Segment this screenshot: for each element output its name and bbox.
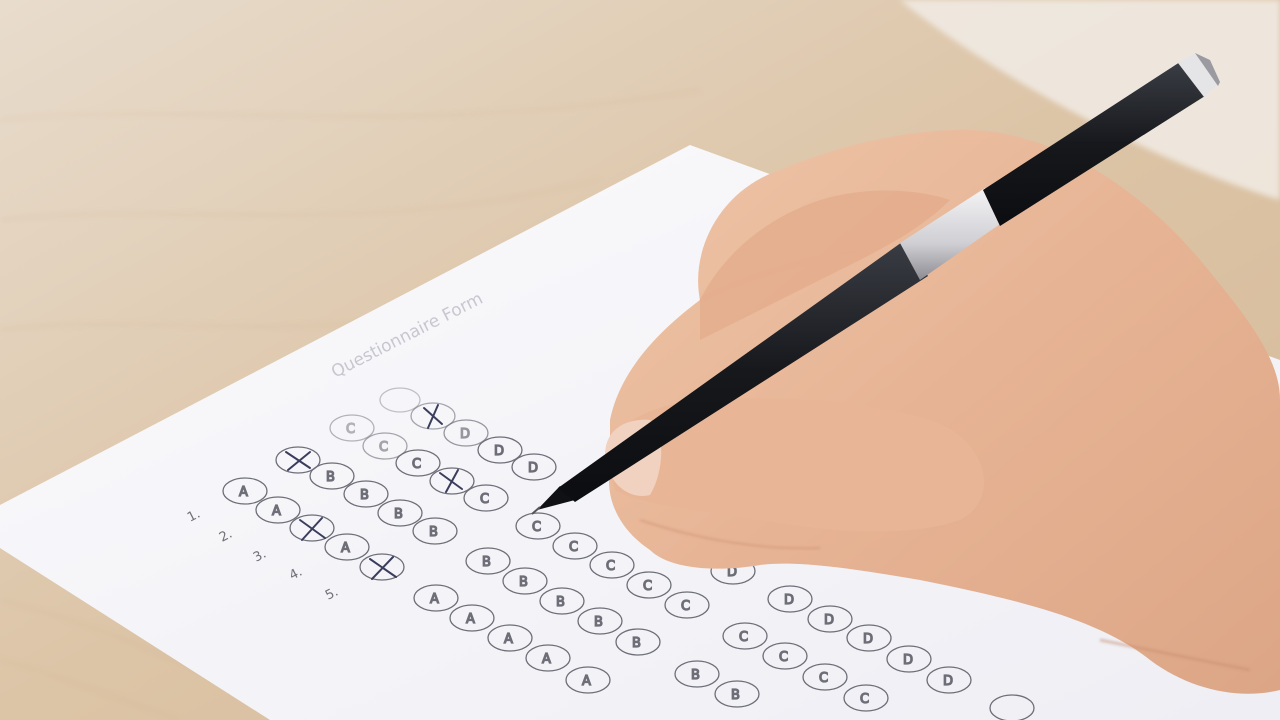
svg-text:D: D xyxy=(903,653,913,668)
svg-text:A: A xyxy=(582,674,591,689)
svg-text:B: B xyxy=(594,615,603,630)
svg-text:C: C xyxy=(346,422,355,437)
svg-text:C: C xyxy=(681,599,690,614)
svg-text:D: D xyxy=(784,593,794,608)
svg-text:C: C xyxy=(606,559,615,574)
svg-text:B: B xyxy=(556,595,565,610)
svg-text:A: A xyxy=(542,652,551,667)
svg-text:C: C xyxy=(779,650,788,665)
svg-text:A: A xyxy=(272,504,281,519)
svg-text:C: C xyxy=(643,579,652,594)
svg-text:C: C xyxy=(412,457,421,472)
svg-text:C: C xyxy=(532,520,541,535)
svg-text:B: B xyxy=(731,688,740,703)
svg-text:A: A xyxy=(239,485,248,500)
svg-text:B: B xyxy=(482,555,491,570)
svg-text:B: B xyxy=(691,668,700,683)
svg-text:D: D xyxy=(943,674,953,689)
svg-text:C: C xyxy=(569,540,578,555)
svg-text:A: A xyxy=(341,541,350,556)
svg-text:D: D xyxy=(494,444,504,459)
svg-text:C: C xyxy=(379,440,388,455)
svg-text:D: D xyxy=(460,427,470,442)
svg-text:D: D xyxy=(863,632,873,647)
svg-text:B: B xyxy=(519,575,528,590)
svg-text:A: A xyxy=(466,612,475,627)
svg-text:B: B xyxy=(394,507,403,522)
svg-text:A: A xyxy=(430,592,439,607)
svg-text:B: B xyxy=(360,488,369,503)
svg-text:B: B xyxy=(326,470,335,485)
svg-text:D: D xyxy=(528,461,538,476)
photo-scene: Questionnaire Form 1. 2. 3. 4. 5. A A A … xyxy=(0,0,1280,720)
svg-text:B: B xyxy=(429,525,438,540)
svg-text:C: C xyxy=(819,671,828,686)
svg-text:D: D xyxy=(824,613,834,628)
svg-text:C: C xyxy=(480,492,489,507)
svg-text:B: B xyxy=(632,636,641,651)
svg-text:C: C xyxy=(739,630,748,645)
svg-text:A: A xyxy=(504,632,513,647)
scene-illustration: Questionnaire Form 1. 2. 3. 4. 5. A A A … xyxy=(0,0,1280,720)
svg-text:C: C xyxy=(860,692,869,707)
